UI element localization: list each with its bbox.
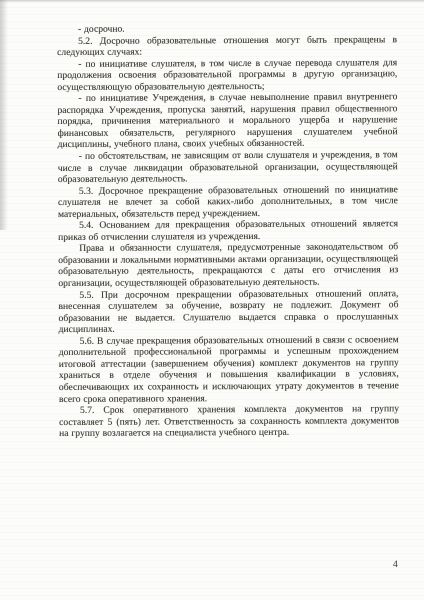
paragraph-5-7: 5.7. Срок оперативного хранения комплект… (59, 403, 399, 439)
paragraph-bullet-initsiativa-slushatelya: - по инициативе слушателя, в том числе в… (57, 57, 397, 93)
paragraph-bullet-initsiativa-uchrezhdeniya: - по инициативе Учреждения, в случае нев… (57, 92, 397, 152)
paragraph-5-2: 5.2. Досрочно образовательные отношения … (57, 34, 397, 59)
paragraph-5-5: 5.5. При досрочном прекращении образоват… (58, 288, 398, 336)
page-number: 4 (393, 560, 398, 570)
paragraph-5-3: 5.3. Досрочное прекращение образовательн… (58, 184, 398, 220)
paragraph-5-6: 5.6. В случае прекращения образовательны… (59, 334, 399, 405)
paragraph-5-4: 5.4. Основанием для прекращения образова… (58, 219, 398, 244)
document-text: - досрочно. 5.2. Досрочно образовательны… (57, 22, 399, 439)
paragraph-prava-i-obyazannosti: Права и обязанности слушателя, предусмот… (58, 242, 398, 290)
scanned-document-page: - досрочно. 5.2. Досрочно образовательны… (0, 0, 424, 600)
scan-shadow-top (0, 0, 424, 3)
paragraph-bullet-obstoyatelstva: - по обстоятельствам, не зависящим от во… (58, 149, 398, 185)
scan-shadow-left (0, 0, 8, 230)
